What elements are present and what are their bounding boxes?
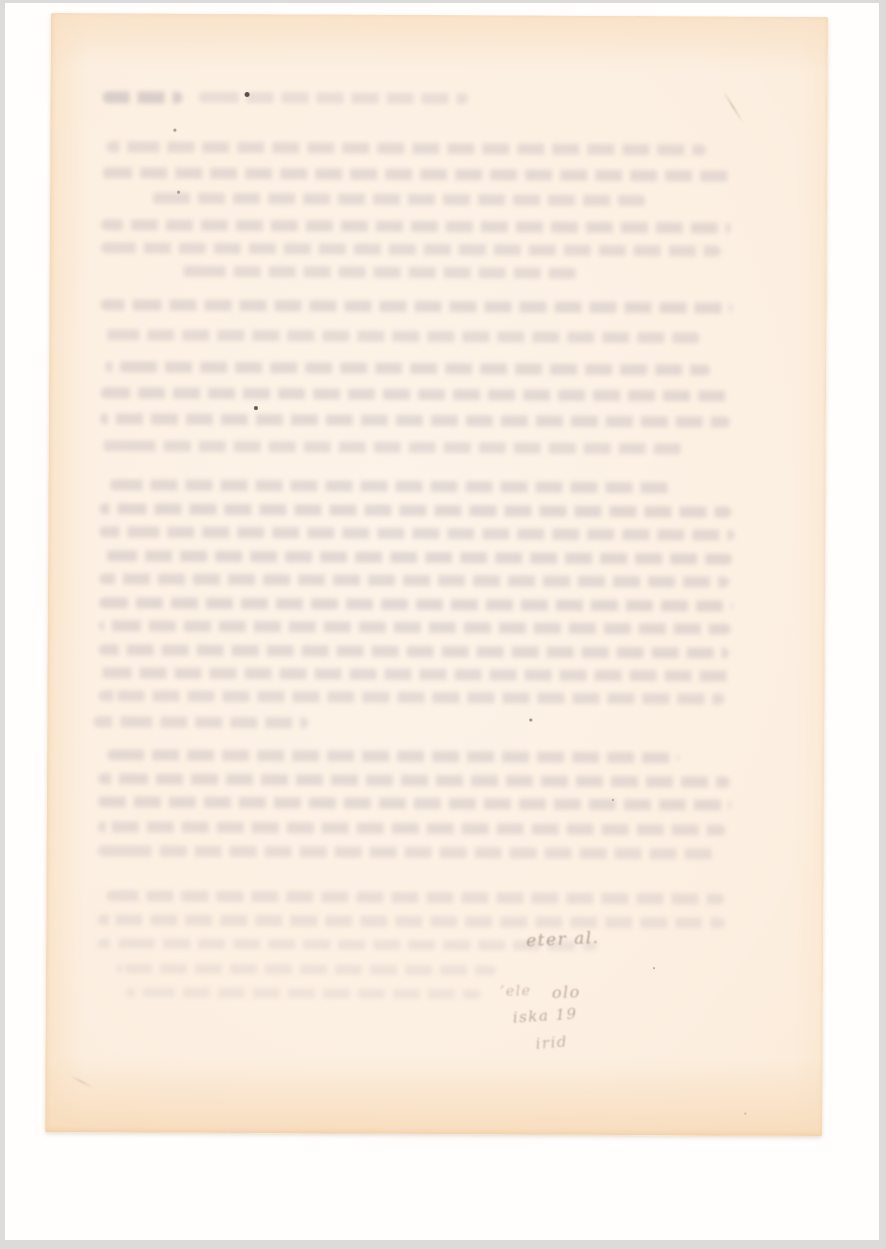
crease-mark bbox=[70, 1075, 94, 1089]
faint-handwriting-fragment: iska 19 bbox=[512, 1007, 578, 1026]
dust-speck bbox=[254, 406, 258, 410]
ghost-text-line bbox=[109, 479, 674, 493]
ghost-text-line bbox=[107, 749, 679, 763]
ghost-text-line bbox=[99, 644, 729, 658]
ghost-text-line bbox=[93, 716, 308, 728]
dust-speck bbox=[612, 799, 614, 801]
crease-mark bbox=[723, 91, 745, 124]
ghost-text-line bbox=[101, 242, 721, 256]
ghost-text-line bbox=[101, 219, 731, 233]
ghost-text-line bbox=[99, 526, 734, 540]
faint-handwriting-fragment: irid bbox=[535, 1034, 568, 1052]
ghost-text-line bbox=[146, 193, 646, 207]
ghost-text-line bbox=[97, 914, 725, 928]
ghost-text-line bbox=[101, 167, 733, 181]
ghost-text-line bbox=[103, 91, 183, 103]
ghost-text-line bbox=[106, 890, 724, 904]
ghost-text-line bbox=[100, 299, 732, 313]
ghost-text-line bbox=[116, 963, 496, 975]
ghost-text-line bbox=[99, 667, 731, 681]
ghost-text-line bbox=[98, 845, 720, 859]
ghost-text-line bbox=[178, 266, 578, 279]
faint-handwriting-fragment: ’ele bbox=[500, 984, 532, 999]
faint-handwriting-fragment: eter al. bbox=[526, 930, 600, 950]
ghost-text-line bbox=[98, 821, 726, 835]
dust-speck bbox=[529, 719, 532, 722]
faint-handwriting-fragment: olo bbox=[552, 984, 581, 1001]
ghost-text-line bbox=[99, 503, 731, 517]
ghost-text-line bbox=[99, 620, 731, 634]
dust-speck bbox=[653, 967, 655, 969]
ghost-text-line bbox=[99, 573, 729, 587]
ghost-text-line bbox=[199, 92, 469, 104]
dust-speck bbox=[173, 129, 176, 132]
ghost-text-line bbox=[106, 141, 706, 155]
ghost-text-line bbox=[100, 440, 685, 454]
ghost-text-line bbox=[98, 796, 732, 810]
ghost-text-line bbox=[97, 938, 597, 951]
ghost-text-line bbox=[98, 690, 724, 704]
ghost-text-line bbox=[100, 387, 732, 401]
ghost-text-line bbox=[100, 329, 700, 343]
ghost-text-line bbox=[98, 773, 730, 787]
dust-speck bbox=[177, 191, 180, 194]
scanned-page: eter al.’eleoloiska 19irid bbox=[45, 13, 828, 1136]
dust-speck bbox=[245, 92, 250, 97]
dust-speck bbox=[744, 1113, 746, 1115]
scan-background: eter al.’eleoloiska 19irid bbox=[0, 0, 886, 1249]
ghost-text-line bbox=[99, 550, 732, 564]
ghost-text-line bbox=[100, 413, 730, 427]
ghost-text-line bbox=[99, 597, 733, 611]
ghost-text-line bbox=[105, 361, 710, 375]
ghost-text-line bbox=[126, 987, 481, 999]
